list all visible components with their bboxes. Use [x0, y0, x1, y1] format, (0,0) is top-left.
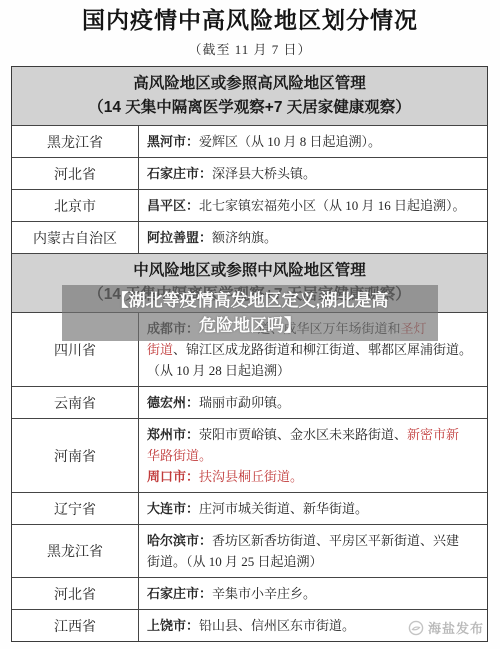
detail-line: 周口市：扶沟县桐丘街道。	[147, 466, 479, 487]
detail-cell: 石家庄市：深泽县大桥头镇。	[139, 158, 487, 189]
high-risk-rows: 黑龙江省黑河市：爱辉区（从 10 月 8 日起追溯）。河北省石家庄市：深泽县大桥…	[12, 126, 487, 254]
detail-line: 街道、锦江区成龙路街道和柳江街道、郫都区犀浦街道。	[147, 339, 479, 360]
section-header-line: （14 天集中隔离医学观察+7 天居家健康观察）	[14, 96, 485, 120]
detail-cell: 哈尔滨市：香坊区新香坊街道、平房区平新街道、兴建街道。（从 10 月 25 日起…	[139, 525, 487, 577]
table-row: 云南省德宏州：瑞丽市勐卯镇。	[12, 387, 487, 419]
province-cell: 江西省	[12, 610, 139, 641]
detail-line: 哈尔滨市：香坊区新香坊街道、平房区平新街道、兴建	[147, 530, 479, 551]
province-cell: 云南省	[12, 387, 139, 418]
province-cell: 黑龙江省	[12, 525, 139, 577]
table-row: 河北省石家庄市：深泽县大桥头镇。	[12, 158, 487, 190]
province-cell: 河南省	[12, 419, 139, 492]
table-row: 黑龙江省哈尔滨市：香坊区新香坊街道、平房区平新街道、兴建街道。（从 10 月 2…	[12, 525, 487, 578]
detail-line: 大连市：庄河市城关街道、新华街道。	[147, 498, 479, 519]
mid-risk-rows: 四川省成都市： 道、成华区万年场街道和圣灯街道、锦江区成龙路街道和柳江街道、郫都…	[12, 313, 487, 641]
province-cell: 内蒙古自治区	[12, 222, 139, 253]
infographic-page: 国内疫情中高风险地区划分情况 （截至 11 月 7 日） 高风险地区或参照高风险…	[0, 0, 500, 649]
province-cell: 辽宁省	[12, 493, 139, 524]
detail-line: 昌平区：北七家镇宏福苑小区（从 10 月 16 日起追溯）。	[147, 195, 479, 216]
page-title: 国内疫情中高风险地区划分情况	[0, 6, 500, 36]
detail-cell: 德宏州：瑞丽市勐卯镇。	[139, 387, 487, 418]
province-cell: 黑龙江省	[12, 126, 139, 157]
table-row: 辽宁省大连市：庄河市城关街道、新华街道。	[12, 493, 487, 525]
page-subtitle: （截至 11 月 7 日）	[0, 40, 500, 60]
watermark-text: 海盐发布	[428, 618, 484, 637]
table-row: 河南省郑州市：荥阳市贾峪镇、金水区未来路街道、新密市新华路街道。周口市：扶沟县桐…	[12, 419, 487, 493]
section-header-line: 高风险地区或参照高风险地区管理	[14, 72, 485, 96]
table-row: 黑龙江省黑河市：爱辉区（从 10 月 8 日起追溯）。	[12, 126, 487, 158]
table-row: 北京市昌平区：北七家镇宏福苑小区（从 10 月 16 日起追溯）。	[12, 190, 487, 222]
detail-line: 华路街道。	[147, 445, 479, 466]
overlay-caption-line: 【湖北等疫情高发地区定义,湖北是高	[112, 288, 389, 313]
risk-table: 高风险地区或参照高风险地区管理 （14 天集中隔离医学观察+7 天居家健康观察）…	[11, 66, 488, 642]
detail-cell: 郑州市：荥阳市贾峪镇、金水区未来路街道、新密市新华路街道。周口市：扶沟县桐丘街道…	[139, 419, 487, 492]
detail-cell: 阿拉善盟：额济纳旗。	[139, 222, 487, 253]
detail-line: 阿拉善盟：额济纳旗。	[147, 227, 479, 248]
watermark: 海盐发布	[408, 618, 484, 637]
detail-line: 德宏州：瑞丽市勐卯镇。	[147, 392, 479, 413]
overlay-caption: 【湖北等疫情高发地区定义,湖北是高 危险地区吗】	[62, 285, 438, 341]
detail-cell: 黑河市：爱辉区（从 10 月 8 日起追溯）。	[139, 126, 487, 157]
detail-line: 黑河市：爱辉区（从 10 月 8 日起追溯）。	[147, 131, 479, 152]
table-row: 河北省石家庄市：辛集市小辛庄乡。	[12, 578, 487, 610]
detail-cell: 石家庄市：辛集市小辛庄乡。	[139, 578, 487, 609]
watermark-logo-icon	[408, 620, 424, 636]
detail-cell: 大连市：庄河市城关街道、新华街道。	[139, 493, 487, 524]
overlay-caption-line: 危险地区吗】	[199, 313, 301, 338]
table-row: 内蒙古自治区阿拉善盟：额济纳旗。	[12, 222, 487, 254]
province-cell: 河北省	[12, 158, 139, 189]
province-cell: 河北省	[12, 578, 139, 609]
section-header-high-risk: 高风险地区或参照高风险地区管理 （14 天集中隔离医学观察+7 天居家健康观察）	[12, 67, 487, 126]
detail-cell: 昌平区：北七家镇宏福苑小区（从 10 月 16 日起追溯）。	[139, 190, 487, 221]
detail-line: 石家庄市：辛集市小辛庄乡。	[147, 583, 479, 604]
detail-line: 郑州市：荥阳市贾峪镇、金水区未来路街道、新密市新	[147, 424, 479, 445]
detail-line: （从 10 月 28 日起追溯）	[147, 360, 479, 381]
detail-line: 街道。（从 10 月 25 日起追溯）	[147, 551, 479, 572]
province-cell: 北京市	[12, 190, 139, 221]
section-header-line: 中风险地区或参照中风险地区管理	[14, 259, 485, 283]
detail-line: 石家庄市：深泽县大桥头镇。	[147, 163, 479, 184]
